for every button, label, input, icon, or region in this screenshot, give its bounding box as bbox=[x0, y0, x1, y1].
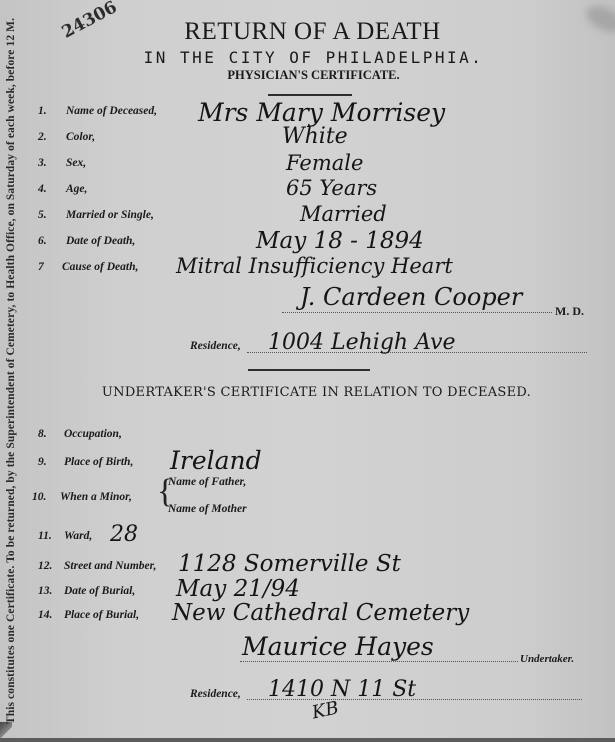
field-label: When a Minor, bbox=[60, 491, 132, 503]
field-label: Ward, bbox=[64, 530, 92, 542]
field-label: Residence, bbox=[190, 688, 241, 700]
name-of-father-label: Name of Father, bbox=[168, 476, 246, 488]
field-label: Married or Single, bbox=[66, 209, 154, 221]
field-number: 8. bbox=[38, 428, 60, 440]
value-sex: Female bbox=[286, 151, 363, 175]
field-number: 5. bbox=[38, 209, 60, 221]
field-label: Date of Death, bbox=[66, 235, 135, 247]
undertaker-signature-line bbox=[240, 661, 518, 662]
clerk-initials: KB bbox=[310, 697, 340, 723]
physician-residence-value: 1004 Lehigh Ave bbox=[268, 330, 456, 355]
value-street-and-number: 1128 Somerville St bbox=[178, 551, 401, 577]
field-number: 10. bbox=[32, 491, 54, 503]
field-number: 11. bbox=[38, 530, 60, 542]
field-number: 14. bbox=[38, 609, 60, 621]
field-label: Occupation, bbox=[64, 428, 122, 440]
value-ward: 28 bbox=[110, 522, 138, 547]
field-number: 4. bbox=[38, 183, 60, 195]
field-number: 12. bbox=[38, 560, 60, 572]
value-date-of-death: May 18 - 1894 bbox=[256, 228, 424, 254]
field-number: 2. bbox=[38, 131, 60, 143]
field-label: Name of Deceased, bbox=[66, 105, 157, 117]
undertaker-certificate-heading: UNDERTAKER'S CERTIFICATE IN RELATION TO … bbox=[0, 385, 615, 400]
ornament-rule bbox=[268, 94, 352, 96]
field-label: Street and Number, bbox=[64, 560, 156, 572]
field-number: 13. bbox=[38, 585, 60, 597]
field-label: Cause of Death, bbox=[62, 261, 138, 273]
field-label: Date of Burial, bbox=[64, 585, 135, 597]
field-number: 6. bbox=[38, 235, 60, 247]
field-label: Place of Burial, bbox=[64, 609, 139, 621]
value-place-of-birth: Ireland bbox=[170, 446, 262, 475]
field-label: Place of Birth, bbox=[64, 456, 133, 468]
section-divider bbox=[248, 369, 370, 371]
death-certificate-page: This constitutes one Certificate. To be … bbox=[0, 0, 615, 742]
field-label: Sex, bbox=[66, 157, 86, 169]
md-suffix: M. D. bbox=[555, 304, 584, 319]
physician-signature: J. Cardeen Cooper bbox=[300, 283, 522, 311]
field-number: 3. bbox=[38, 157, 60, 169]
field-label: Undertaker. bbox=[520, 653, 574, 665]
undertaker-signature: Maurice Hayes bbox=[242, 632, 434, 661]
undertaker-residence-value: 1410 N 11 St bbox=[268, 677, 416, 702]
value-cause-of-death: Mitral Insufficiency Heart bbox=[176, 254, 453, 278]
value-date-of-burial: May 21/94 bbox=[176, 576, 300, 602]
scan-edge bbox=[0, 738, 615, 742]
field-number: 1. bbox=[38, 105, 60, 117]
value-married-or-single: Married bbox=[300, 202, 387, 226]
field-label: Age, bbox=[66, 183, 87, 195]
value-age: 65 Years bbox=[286, 176, 377, 200]
value-name-of-deceased: Mrs Mary Morrisey bbox=[198, 98, 445, 127]
document-subtitle: IN THE CITY OF PHILADELPHIA. bbox=[0, 48, 615, 67]
value-color: White bbox=[282, 124, 348, 149]
field-number: 7 bbox=[38, 261, 60, 273]
document-title: RETURN OF A DEATH bbox=[0, 18, 615, 46]
side-instructions-text: This constitutes one Certificate. To be … bbox=[5, 18, 17, 724]
physician-signature-line bbox=[282, 312, 552, 313]
physician-certificate-heading: PHYSICIAN'S CERTIFICATE. bbox=[0, 68, 615, 83]
field-label: Residence, bbox=[190, 340, 241, 352]
field-label: Color, bbox=[66, 131, 95, 143]
field-number: 9. bbox=[38, 456, 60, 468]
name-of-mother-label: Name of Mother bbox=[168, 503, 247, 515]
value-place-of-burial: New Cathedral Cemetery bbox=[172, 600, 469, 626]
side-instructions: This constitutes one Certificate. To be … bbox=[3, 0, 19, 742]
